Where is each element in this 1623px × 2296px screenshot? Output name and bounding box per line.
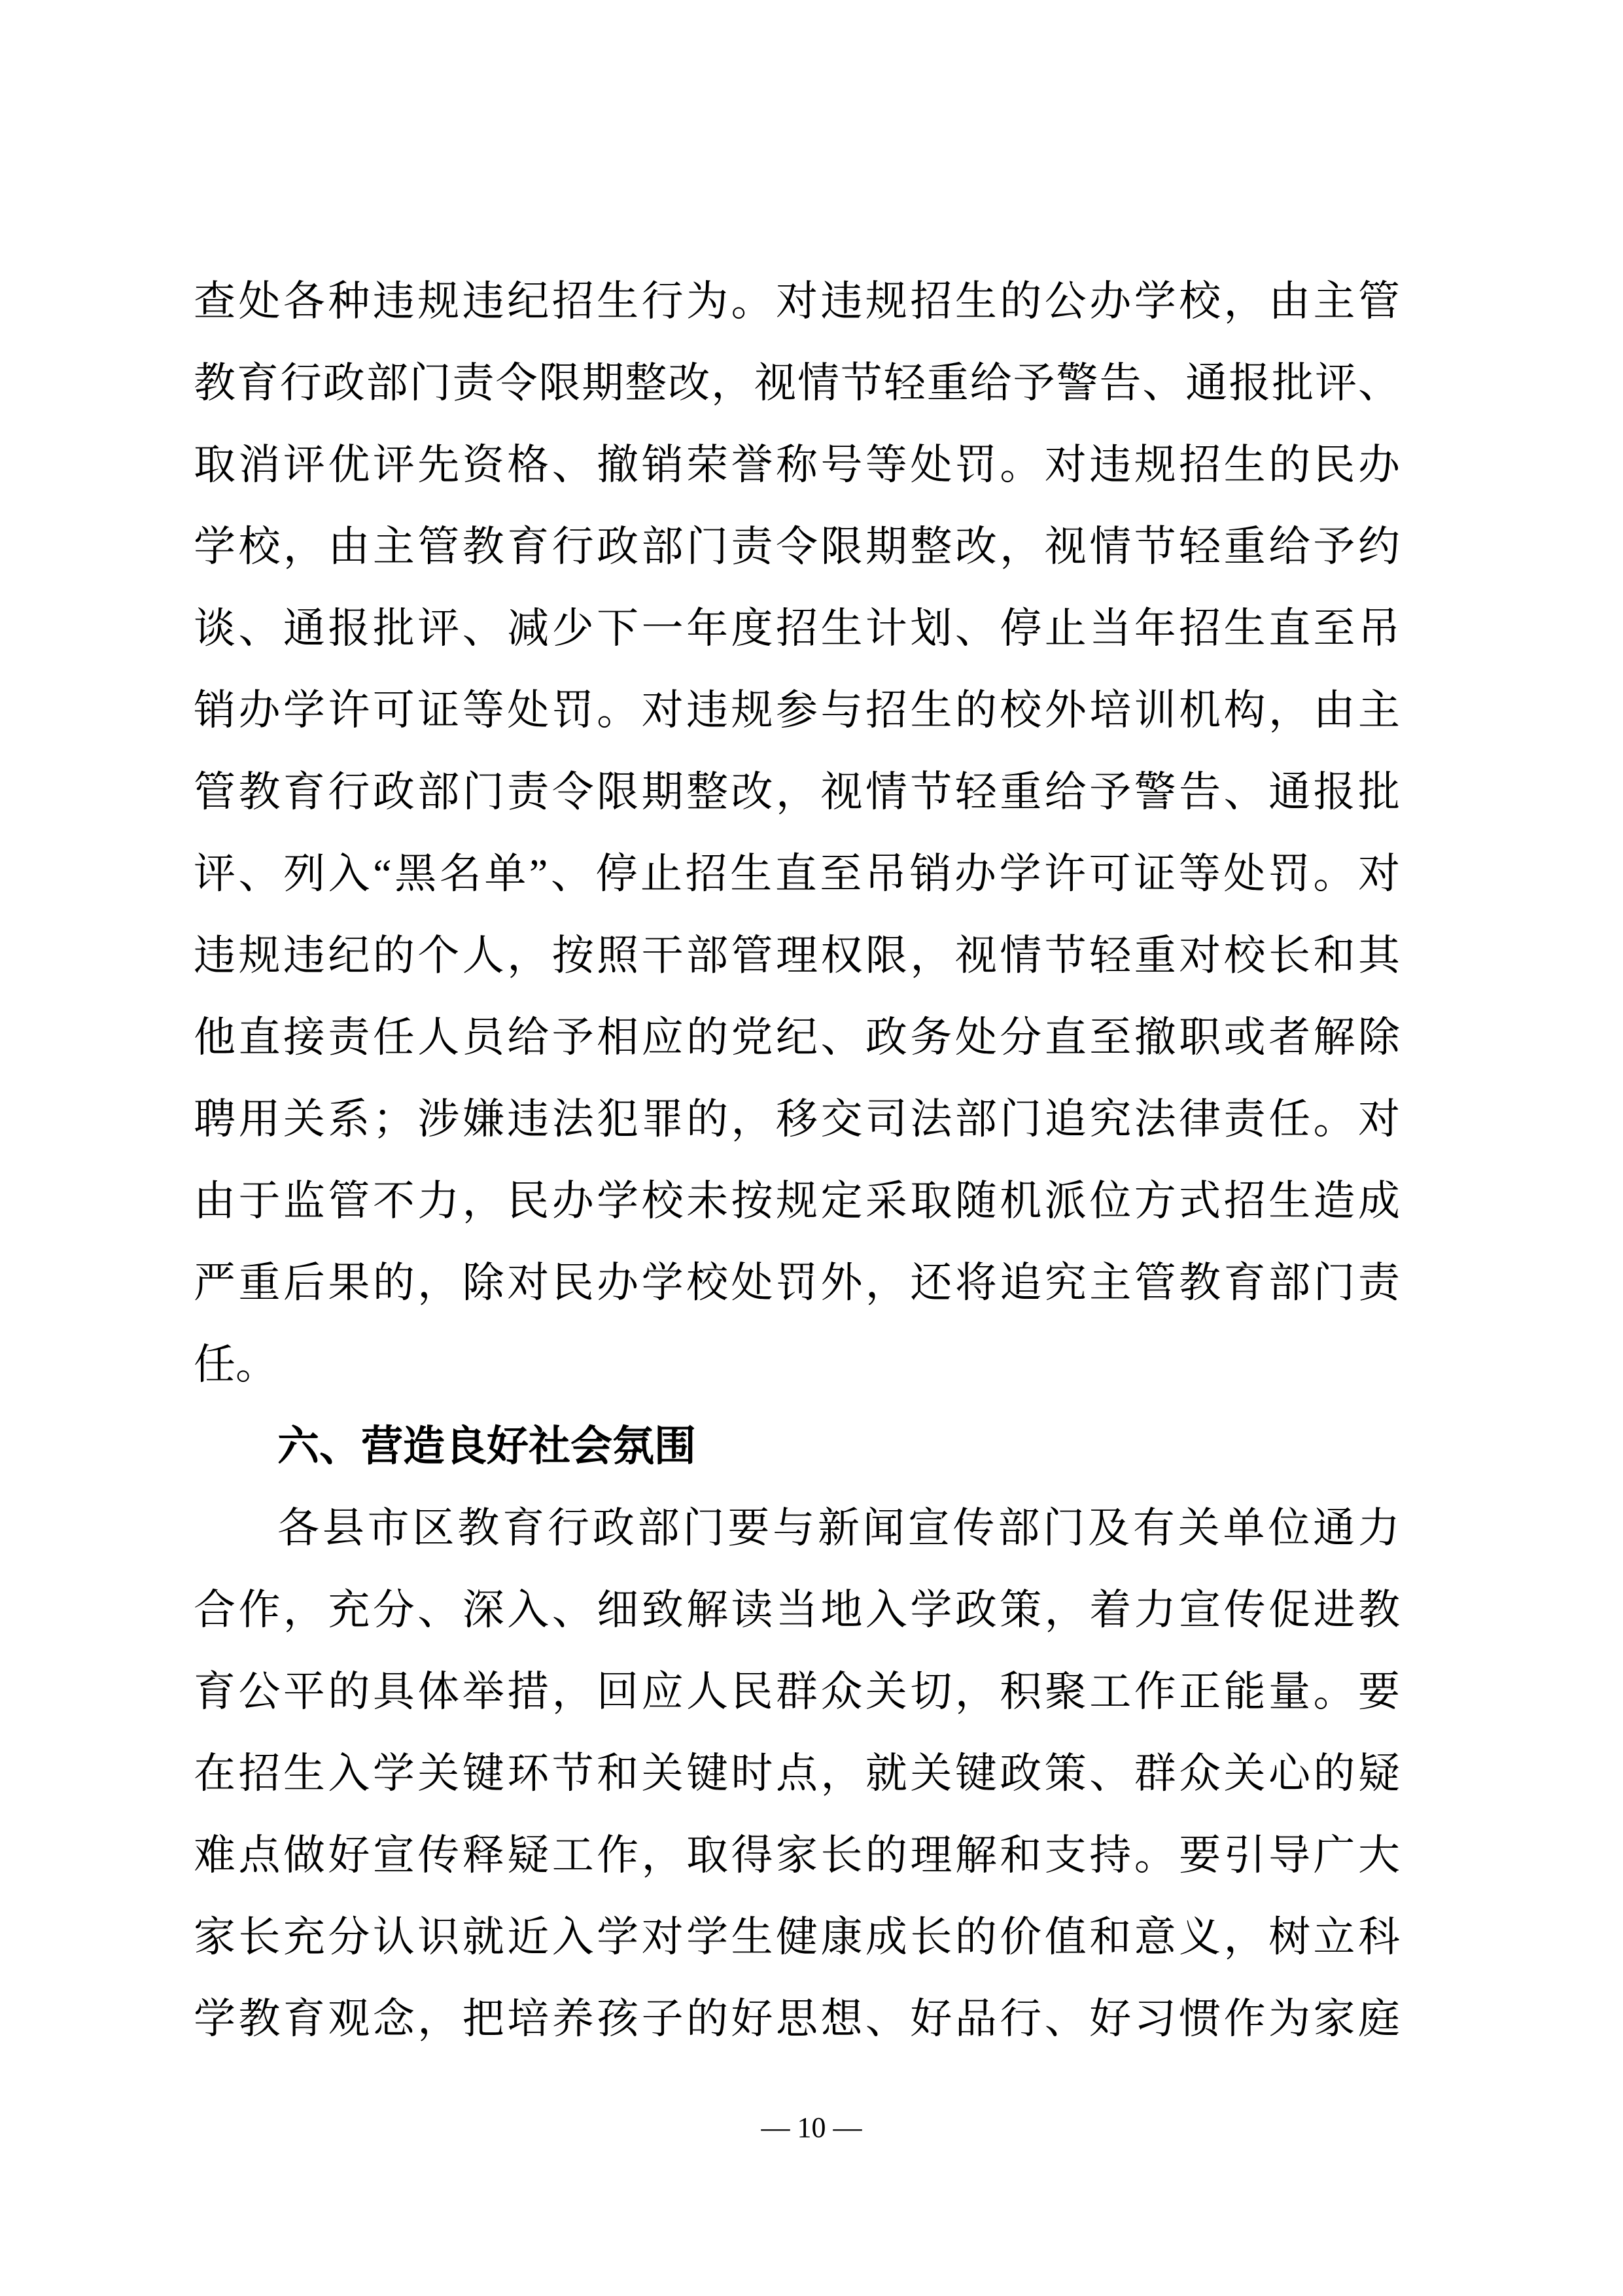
body-line: 各县市区教育行政部门要与新闻宣传部门及有关单位通力 xyxy=(194,1487,1400,1569)
body-line: 在招生入学关键环节和关键时点，就关键政策、群众关心的疑 xyxy=(194,1733,1400,1814)
body-line: 聘用关系；涉嫌违法犯罪的，移交司法部门追究法律责任。对 xyxy=(194,1078,1400,1160)
body-line: 难点做好宣传释疑工作，取得家长的理解和支持。要引导广大 xyxy=(194,1814,1400,1896)
body-line: 管教育行政部门责令限期整改，视情节轻重给予警告、通报批 xyxy=(194,751,1400,833)
document-page: 查处各种违规违纪招生行为。对违规招生的公办学校，由主管 教育行政部门责令限期整改… xyxy=(0,0,1623,2296)
document-body: 查处各种违规违纪招生行为。对违规招生的公办学校，由主管 教育行政部门责令限期整改… xyxy=(194,260,1400,2060)
body-line: 学教育观念，把培养孩子的好思想、好品行、好习惯作为家庭 xyxy=(194,1978,1400,2060)
body-line: 销办学许可证等处罚。对违规参与招生的校外培训机构，由主 xyxy=(194,669,1400,751)
body-line: 违规违纪的个人，按照干部管理权限，视情节轻重对校长和其 xyxy=(194,915,1400,997)
body-line: 家长充分认识就近入学对学生健康成长的价值和意义，树立科 xyxy=(194,1896,1400,1978)
body-line: 教育行政部门责令限期整改，视情节轻重给予警告、通报批评、 xyxy=(194,342,1400,424)
body-line: 任。 xyxy=(194,1324,1400,1405)
body-line: 查处各种违规违纪招生行为。对违规招生的公办学校，由主管 xyxy=(194,260,1400,342)
body-line: 学校，由主管教育行政部门责令限期整改，视情节轻重给予约 xyxy=(194,506,1400,588)
body-line: 严重后果的，除对民办学校处罚外，还将追究主管教育部门责 xyxy=(194,1242,1400,1324)
body-line: 取消评优评先资格、撤销荣誉称号等处罚。对违规招生的民办 xyxy=(194,424,1400,506)
body-line: 育公平的具体举措，回应人民群众关切，积聚工作正能量。要 xyxy=(194,1651,1400,1733)
section-heading: 六、营造良好社会氛围 xyxy=(194,1405,1400,1487)
body-line: 谈、通报批评、减少下一年度招生计划、停止当年招生直至吊 xyxy=(194,588,1400,669)
page-number: — 10 — xyxy=(0,2108,1623,2147)
body-line: 评、列入“黑名单”、停止招生直至吊销办学许可证等处罚。对 xyxy=(194,833,1400,915)
body-line: 由于监管不力，民办学校未按规定采取随机派位方式招生造成 xyxy=(194,1160,1400,1242)
body-line: 合作，充分、深入、细致解读当地入学政策，着力宣传促进教 xyxy=(194,1569,1400,1651)
body-line: 他直接责任人员给予相应的党纪、政务处分直至撤职或者解除 xyxy=(194,997,1400,1078)
